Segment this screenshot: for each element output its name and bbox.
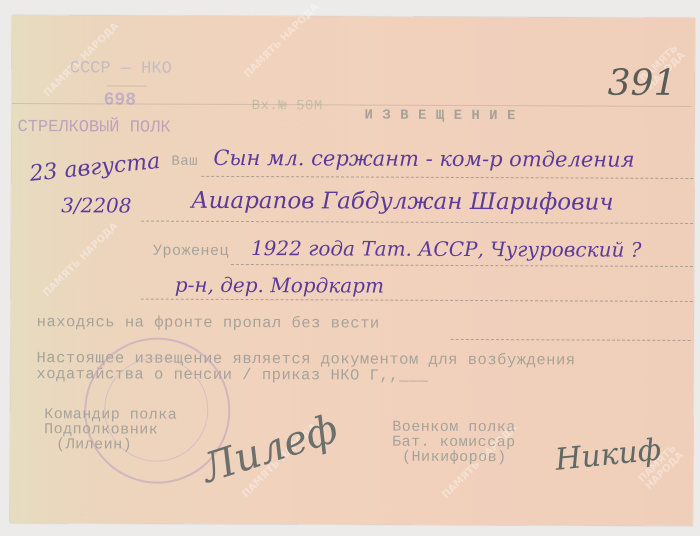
field-underline [451, 339, 691, 341]
soldier-name-value: Ашарапов Габдулжан Шарифович [191, 188, 614, 216]
header-stamp-line1: СССР — НКО [70, 59, 172, 78]
header-stamp-line3: СТРЕЛКОВЫЙ ПОЛК [17, 118, 170, 138]
faded-registration-number: Вх.№ 50М [252, 98, 323, 114]
header-stamp-line2: 698 [104, 90, 136, 110]
margin-date-note: 23 августа [28, 149, 161, 187]
archive-number: 391 [608, 63, 677, 104]
field-underline [201, 176, 693, 179]
right-signer-name: (Никифоров) [402, 449, 507, 466]
margin-ref-note: 3/2208 [61, 193, 131, 217]
divider [107, 85, 147, 86]
born-label: Уроженец [153, 243, 229, 260]
document-title: И З В Е Щ Е Н И Е [365, 108, 516, 125]
field-underline [141, 299, 693, 302]
field-underline [141, 221, 693, 224]
body-line1: находясь на фронте пропал без вести [37, 313, 380, 332]
field-underline [231, 264, 693, 267]
addressee-value: Сын мл. сержант - ком-р отделения [213, 146, 634, 172]
born-value: 1922 года Тат. АССР, Чугуровский ? [251, 236, 642, 262]
watermark: ПАМЯТЬ НАРОДА [42, 221, 120, 299]
left-signer-name: (Лилеин) [56, 436, 132, 453]
addressee-label: Ваш [171, 154, 198, 170]
notice-paper: ПАМЯТЬ НАРОДА ПАМЯТЬ НАРОДА ПАМЯТЬ НАРОД… [10, 15, 695, 526]
document-viewer: ПАМЯТЬ НАРОДА ПАМЯТЬ НАРОДА ПАМЯТЬ НАРОД… [0, 0, 700, 536]
born-value-line2: р-н, дер. Мордкарт [175, 273, 384, 298]
watermark: ПАМЯТЬ НАРОДА [243, 2, 321, 80]
